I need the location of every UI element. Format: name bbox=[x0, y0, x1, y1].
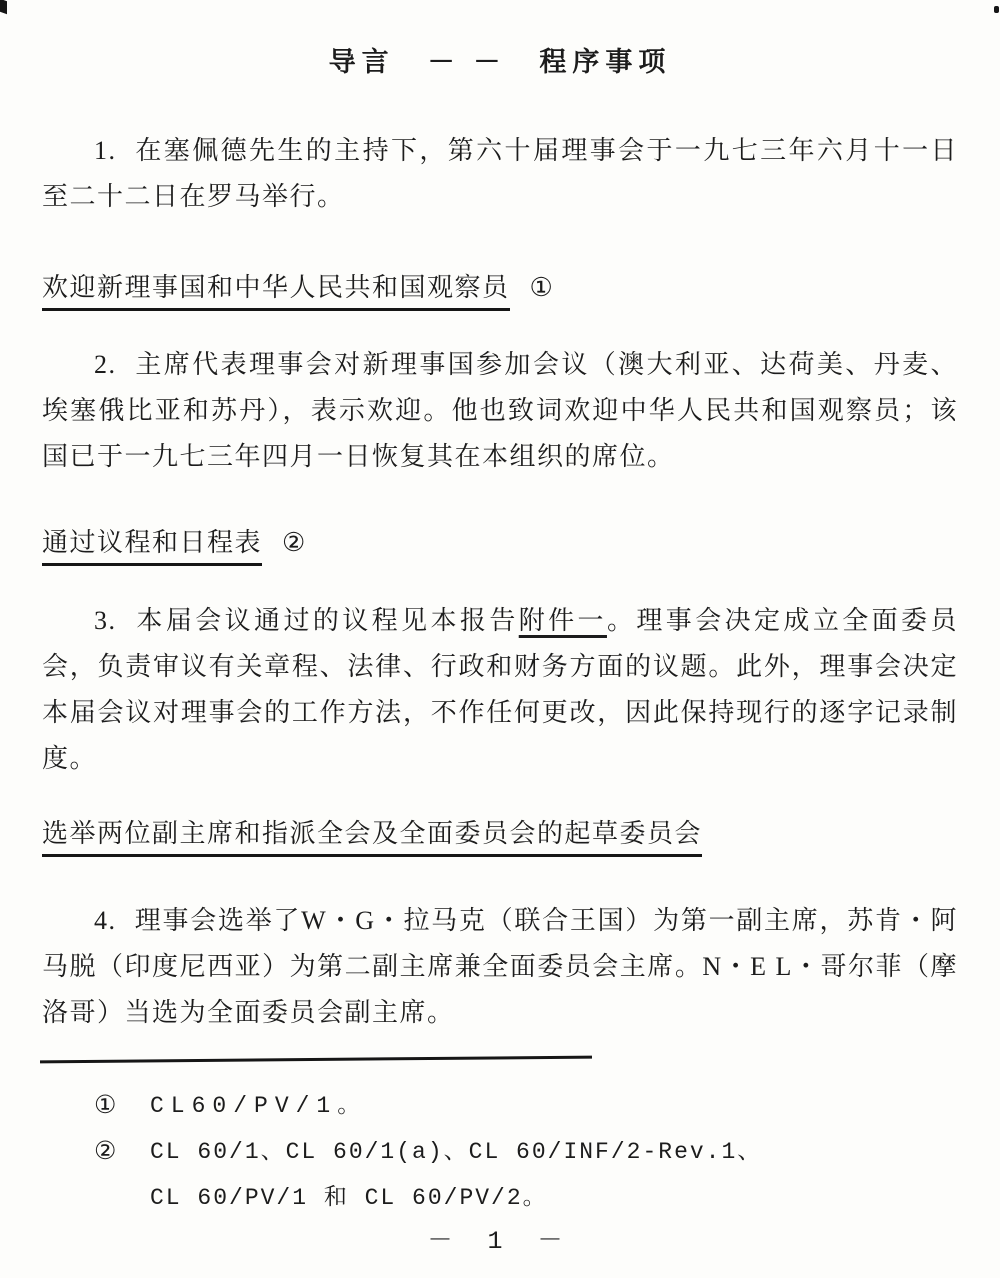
footnote-ref-2: ② bbox=[282, 528, 307, 557]
footnote-1-text: CL60/PV/1。 bbox=[150, 1083, 367, 1129]
page-title: 导言 － － 程序事项 bbox=[42, 44, 958, 80]
section-heading-welcome: 欢迎新理事国和中华人民共和国观察员① bbox=[42, 270, 958, 306]
footnote-1-marker: ① bbox=[94, 1083, 150, 1129]
footnote-1: ① CL60/PV/1。 bbox=[94, 1083, 958, 1129]
paragraph-4: 4.理事会选举了W・G・拉马克（联合王国）为第一副主席，苏肯・阿马脱（印度尼西亚… bbox=[42, 898, 958, 1036]
footnote-2-marker: ② bbox=[94, 1129, 150, 1175]
section-heading-elections: 选举两位副主席和指派全会及全面委员会的起草委员会 bbox=[42, 816, 958, 852]
scan-artifact bbox=[0, 0, 7, 14]
section-heading-elections-text: 选举两位副主席和指派全会及全面委员会的起草委员会 bbox=[42, 819, 702, 857]
paragraph-2-text: 主席代表理事会对新理事国参加会议（澳大利亚、达荷美、丹麦、埃塞俄比亚和苏丹），表… bbox=[42, 350, 958, 471]
footnote-ref-1: ① bbox=[530, 273, 555, 302]
footnote-2: ② CL 60/1、CL 60/1(a)、CL 60/INF/2-Rev.1、 … bbox=[94, 1129, 958, 1221]
document-page: 导言 － － 程序事项 1.在塞佩德先生的主持下，第六十届理事会于一九七三年六月… bbox=[0, 0, 1000, 1278]
footnote-2-line-1: CL 60/1、CL 60/1(a)、CL 60/INF/2-Rev.1、 bbox=[150, 1129, 762, 1175]
paragraph-4-text: 理事会选举了W・G・拉马克（联合王国）为第一副主席，苏肯・阿马脱（印度尼西亚）为… bbox=[42, 906, 958, 1027]
paragraph-1-text: 在塞佩德先生的主持下，第六十届理事会于一九七三年六月十一日至二十二日在罗马举行。 bbox=[42, 136, 958, 211]
paragraph-3-text-before: 本届会议通过的议程见本报告 bbox=[135, 606, 519, 635]
paragraph-1-number: 1. bbox=[94, 136, 117, 165]
footnotes-section: ① CL60/PV/1。 ② CL 60/1、CL 60/1(a)、CL 60/… bbox=[42, 1083, 958, 1221]
footnote-2-line-2: CL 60/PV/1 和 CL 60/PV/2。 bbox=[150, 1175, 762, 1221]
footnote-2-text: CL 60/1、CL 60/1(a)、CL 60/INF/2-Rev.1、 CL… bbox=[150, 1129, 762, 1221]
footnote-separator-rule bbox=[40, 1056, 592, 1064]
paragraph-4-number: 4. bbox=[94, 906, 117, 935]
section-heading-agenda-text: 通过议程和日程表 bbox=[42, 528, 262, 566]
page-number: － 1 － bbox=[42, 1225, 958, 1259]
paragraph-1: 1.在塞佩德先生的主持下，第六十届理事会于一九七三年六月十一日至二十二日在罗马举… bbox=[42, 128, 958, 220]
section-heading-agenda: 通过议程和日程表② bbox=[42, 525, 958, 561]
paragraph-2: 2.主席代表理事会对新理事国参加会议（澳大利亚、达荷美、丹麦、埃塞俄比亚和苏丹）… bbox=[42, 342, 958, 480]
paragraph-3-number: 3. bbox=[94, 606, 117, 635]
section-heading-welcome-text: 欢迎新理事国和中华人民共和国观察员 bbox=[42, 273, 510, 311]
paragraph-2-number: 2. bbox=[94, 350, 117, 379]
annex-reference: 附件一 bbox=[519, 606, 607, 635]
scan-artifact bbox=[994, 6, 999, 13]
paragraph-3: 3.本届会议通过的议程见本报告附件一。理事会决定成立全面委员会，负责审议有关章程… bbox=[42, 598, 958, 782]
